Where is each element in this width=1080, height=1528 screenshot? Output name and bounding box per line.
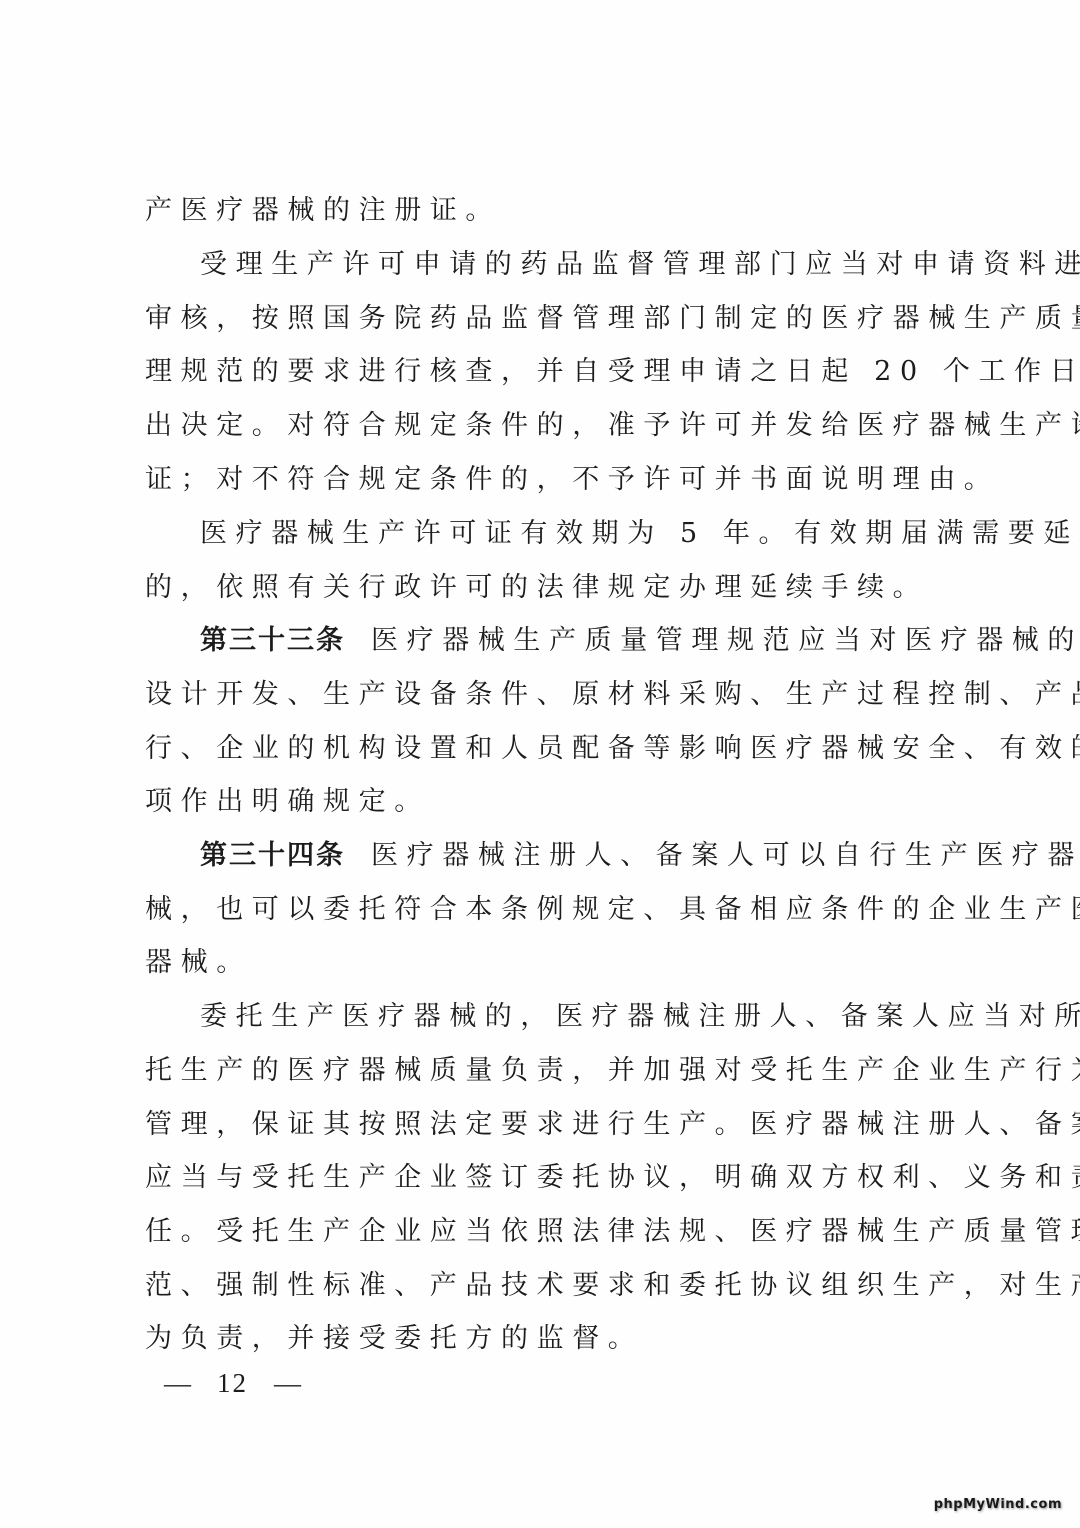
text-line: 出决定。对符合规定条件的，准予许可并发给医疗器械生产许可 [145, 409, 945, 443]
page-number-dash-right: — [274, 1368, 301, 1398]
text-line: 行、企业的机构设置和人员配备等影响医疗器械安全、有效的事 [145, 732, 945, 766]
text-line: 受理生产许可申请的药品监督管理部门应当对申请资料进行 [200, 248, 1000, 282]
text-line: 委托生产医疗器械的，医疗器械注册人、备案人应当对所委 [200, 1000, 1000, 1034]
text-line: 为负责，并接受委托方的监督。 [145, 1322, 945, 1356]
text-line: 理规范的要求进行核查，并自受理申请之日起 20 个工作日内作 [145, 355, 945, 389]
text-line: 范、强制性标准、产品技术要求和委托协议组织生产，对生产行 [145, 1269, 945, 1303]
text-line: 审核，按照国务院药品监督管理部门制定的医疗器械生产质量管 [145, 302, 945, 336]
text-line: 械，也可以委托符合本条例规定、具备相应条件的企业生产医疗 [145, 893, 945, 927]
page-number-dash-left: — [164, 1368, 191, 1398]
text-line: 托生产的医疗器械质量负责，并加强对受托生产企业生产行为的 [145, 1054, 945, 1088]
text-line: 管理，保证其按照法定要求进行生产。医疗器械注册人、备案人 [145, 1108, 945, 1142]
text-line: 任。受托生产企业应当依照法律法规、医疗器械生产质量管理规 [145, 1215, 945, 1249]
article-33-line: 第三十三条医疗器械生产质量管理规范应当对医疗器械的 [200, 624, 1000, 658]
article-34-line: 第三十四条医疗器械注册人、备案人可以自行生产医疗器 [200, 839, 1000, 873]
text-line: 的，依照有关行政许可的法律规定办理延续手续。 [145, 571, 945, 605]
article-text: 医疗器械注册人、备案人可以自行生产医疗器 [371, 840, 1080, 871]
document-page: 产医疗器械的注册证。 受理生产许可申请的药品监督管理部门应当对申请资料进行 审核… [0, 0, 1080, 1528]
watermark-logo: phpMyWind.com [934, 1497, 1062, 1512]
text-line: 项作出明确规定。 [145, 785, 945, 819]
text-line: 证；对不符合规定条件的，不予许可并书面说明理由。 [145, 463, 945, 497]
text-line: 设计开发、生产设备条件、原材料采购、生产过程控制、产品放 [145, 678, 945, 712]
article-text: 医疗器械生产质量管理规范应当对医疗器械的 [371, 625, 1080, 656]
text-line: 器械。 [145, 946, 945, 980]
text-line: 医疗器械生产许可证有效期为 5 年。有效期届满需要延续 [200, 517, 1000, 551]
article-heading-33: 第三十三条 [200, 625, 345, 656]
article-heading-34: 第三十四条 [200, 840, 345, 871]
text-line: 产医疗器械的注册证。 [145, 194, 945, 228]
page-number-value: 12 [217, 1368, 248, 1398]
text-line: 应当与受托生产企业签订委托协议，明确双方权利、义务和责 [145, 1161, 945, 1195]
page-number: —12— [164, 1366, 301, 1400]
